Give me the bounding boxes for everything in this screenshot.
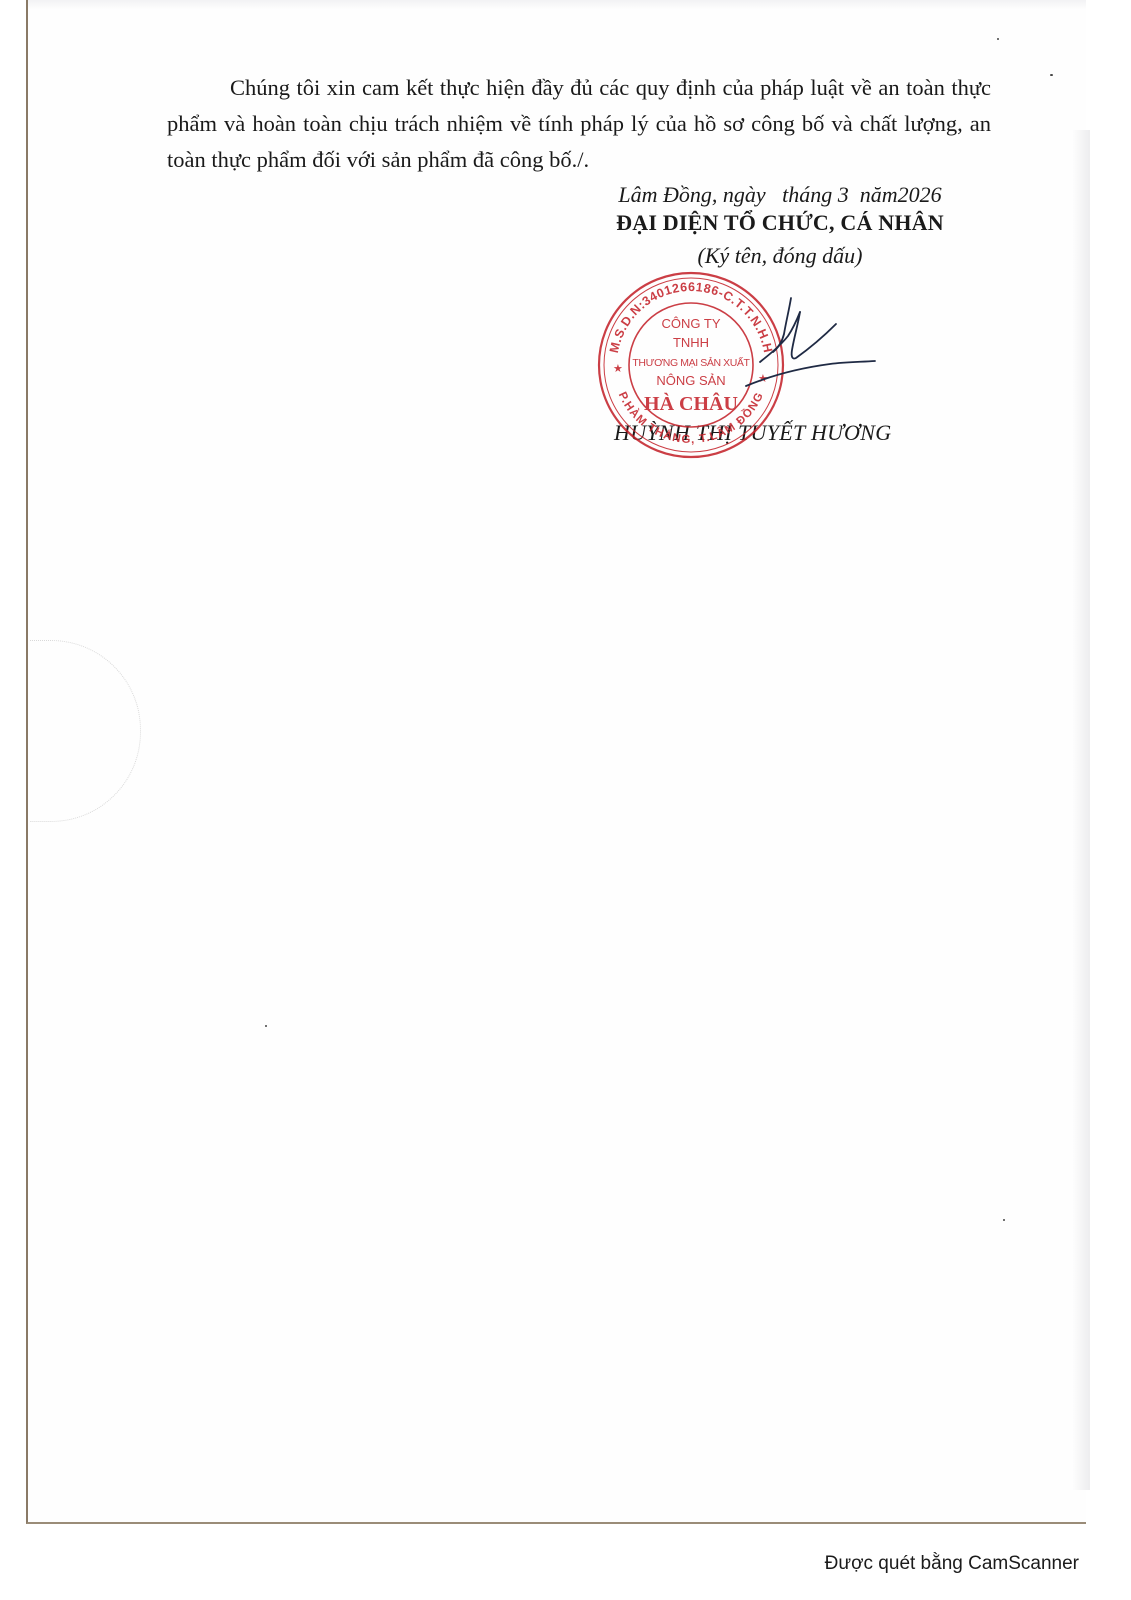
handwritten-signature xyxy=(740,290,880,390)
camscanner-watermark: Được quét bằng CamScanner xyxy=(825,1553,1079,1575)
stamp-line-trade: THƯƠNG MẠI SẢN XUẤT xyxy=(632,356,750,369)
stamp-line-name: HÀ CHÂU xyxy=(644,391,738,415)
stamp-star-left-icon: ★ xyxy=(613,363,623,375)
scan-speck xyxy=(997,38,999,40)
scan-top-edge xyxy=(28,0,1086,10)
stamp-line-company: CÔNG TY xyxy=(662,316,721,331)
scan-speck xyxy=(1050,74,1053,76)
scan-speck xyxy=(265,1025,267,1027)
stamp-line-type: TNHH xyxy=(673,335,709,350)
place-date-line: Lâm Đồng, ngày tháng 3 năm2026 xyxy=(560,182,1000,208)
representative-title: ĐẠI DIỆN TỔ CHỨC, CÁ NHÂN xyxy=(560,210,1000,236)
commitment-paragraph: Chúng tôi xin cam kết thực hiện đầy đủ c… xyxy=(167,70,991,178)
scan-speck xyxy=(1003,1219,1005,1221)
stamp-line-agri: NÔNG SẢN xyxy=(656,373,725,388)
sign-stamp-note: (Ký tên, đóng dấu) xyxy=(560,243,1000,269)
scan-right-shadow xyxy=(1072,130,1090,1490)
